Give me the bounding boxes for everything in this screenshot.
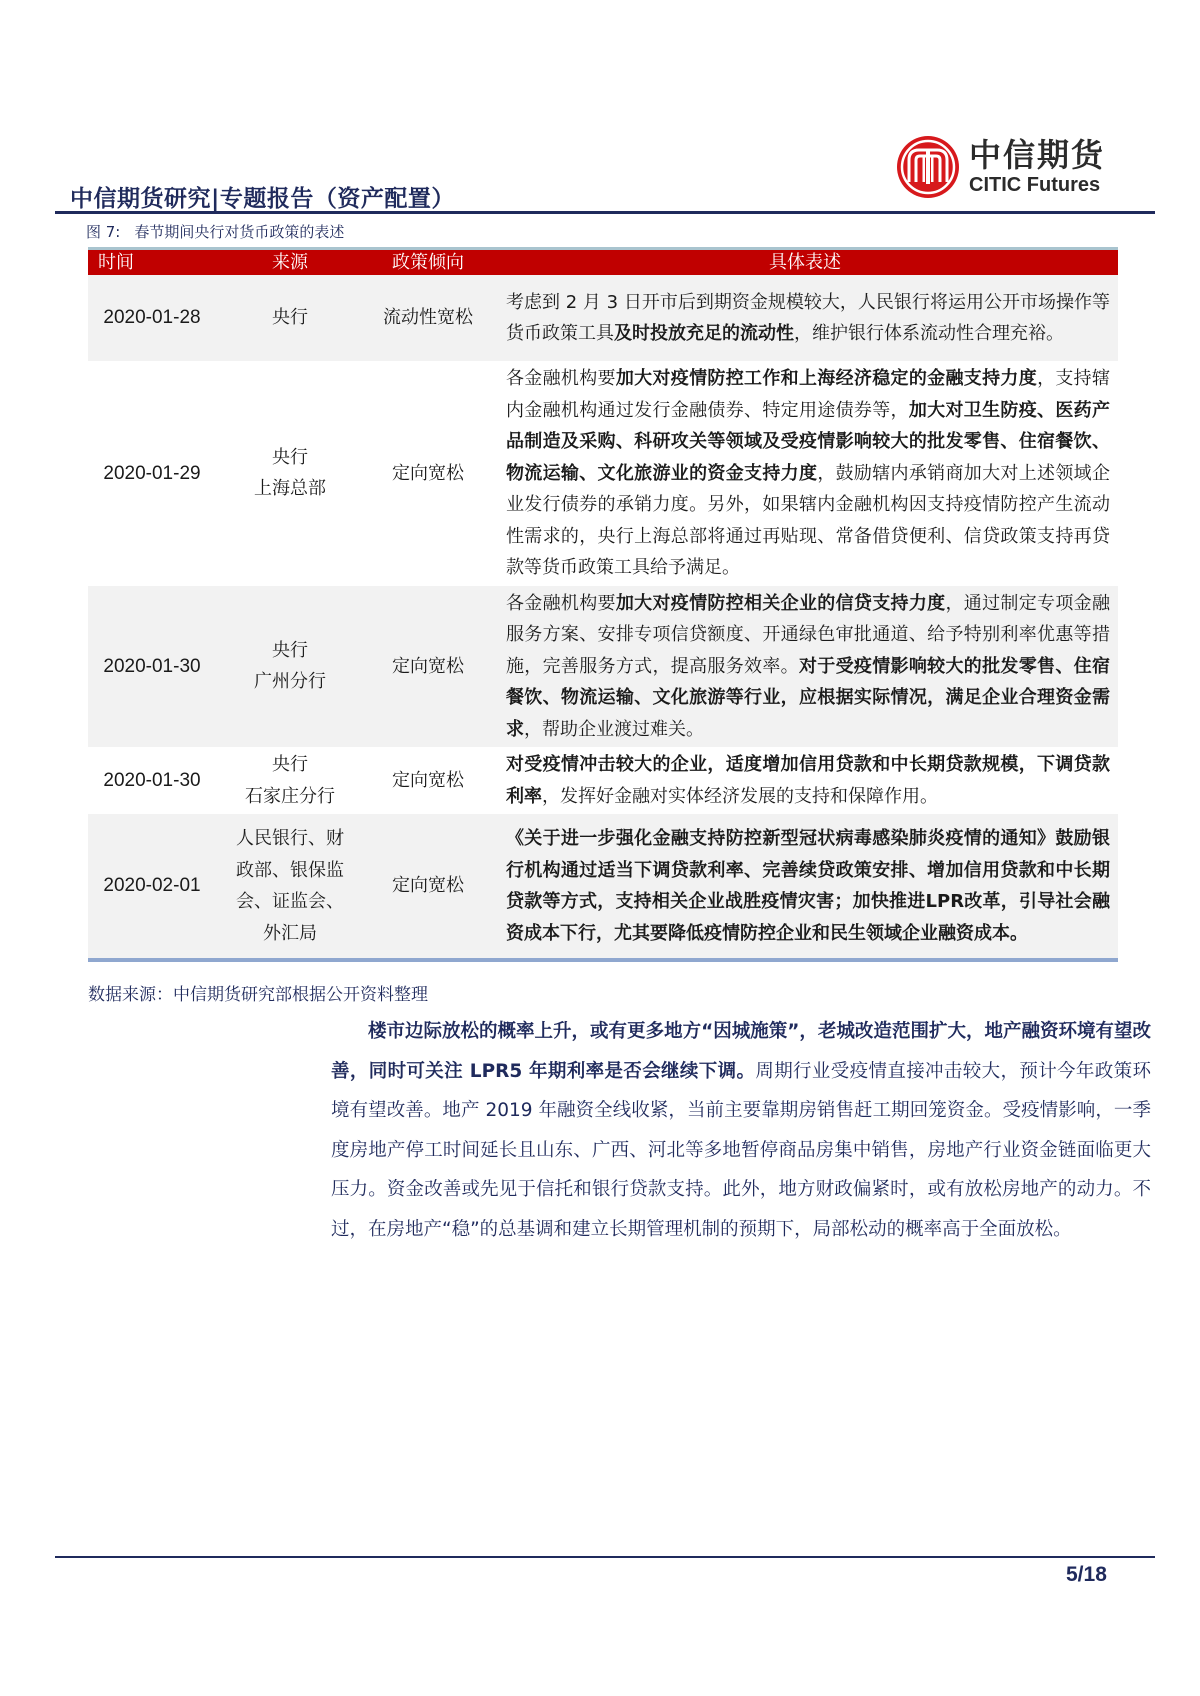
cell-policy: 流动性宽松 — [364, 275, 492, 361]
cell-source: 央行 — [216, 275, 364, 361]
cell-source: 央行上海总部 — [216, 361, 364, 586]
header-divider — [55, 211, 1155, 214]
cell-source: 央行石家庄分行 — [216, 747, 364, 814]
source-line: 石家庄分行 — [216, 781, 364, 813]
description-text: ，发挥好金融对实体经济发展的支持和保障作用。 — [542, 786, 938, 807]
description-text: 各金融机构要 — [506, 368, 616, 389]
report-header-title: 中信期货研究|专题报告（资产配置） — [70, 180, 455, 213]
table-header-row: 时间 来源 政策倾向 具体表述 — [88, 250, 1118, 275]
cell-policy: 定向宽松 — [364, 747, 492, 814]
table-row: 2020-01-30央行石家庄分行定向宽松对受疫情冲击较大的企业，适度增加信用贷… — [88, 747, 1118, 814]
emphasis-text: 加大对疫情防控工作和上海经济稳定的金融支持力度 — [616, 368, 1037, 389]
citic-futures-logo: 中信期货 CITIC Futures — [895, 131, 1125, 203]
policy-table: 时间 来源 政策倾向 具体表述 2020-01-28央行流动性宽松考虑到 2 月… — [88, 247, 1118, 962]
cell-policy: 定向宽松 — [364, 586, 492, 748]
emphasis-text: 《关于进一步强化金融支持防控新型冠状病毒感染肺炎疫情的通知》鼓励银行机构通过适当… — [506, 828, 1110, 944]
description-text: ，帮助企业渡过难关。 — [524, 719, 704, 740]
source-line: 央行 — [216, 635, 364, 667]
logo-english-name: CITIC Futures — [969, 175, 1105, 195]
logo-chinese-name: 中信期货 — [969, 139, 1105, 171]
description-text: 各金融机构要 — [506, 593, 616, 614]
cell-date: 2020-01-30 — [88, 747, 216, 814]
source-line: 广州分行 — [216, 666, 364, 698]
table-row: 2020-01-28央行流动性宽松考虑到 2 月 3 日开市后到期资金规模较大，… — [88, 275, 1118, 361]
cell-date: 2020-01-28 — [88, 275, 216, 361]
figure-number: 图 7: — [86, 223, 120, 241]
column-header-source: 来源 — [216, 250, 364, 275]
source-line: 政部、银保监 — [216, 855, 364, 887]
source-line: 会、证监会、 — [216, 886, 364, 918]
source-line: 央行 — [216, 302, 364, 334]
table-row: 2020-01-29央行上海总部定向宽松各金融机构要加大对疫情防控工作和上海经济… — [88, 361, 1118, 586]
column-header-policy: 政策倾向 — [364, 250, 492, 275]
source-line: 外汇局 — [216, 918, 364, 950]
cell-date: 2020-01-30 — [88, 586, 216, 748]
cell-source: 人民银行、财政部、银保监会、证监会、外汇局 — [216, 814, 364, 958]
footer-divider — [55, 1556, 1155, 1558]
cell-description: 考虑到 2 月 3 日开市后到期资金规模较大，人民银行将运用公开市场操作等货币政… — [492, 275, 1118, 361]
description-text: ，维护银行体系流动性合理充裕。 — [794, 323, 1064, 344]
column-header-description: 具体表述 — [492, 250, 1118, 275]
body-paragraph: 楼市边际放松的概率上升，或有更多地方“因城施策”，老城改造范围扩大，地产融资环境… — [331, 1012, 1151, 1249]
emphasis-text: 及时投放充足的流动性 — [614, 323, 794, 344]
cell-date: 2020-01-29 — [88, 361, 216, 586]
source-line: 人民银行、财 — [216, 823, 364, 855]
data-source-note: 数据来源：中信期货研究部根据公开资料整理 — [88, 980, 428, 1005]
cell-policy: 定向宽松 — [364, 361, 492, 586]
figure-caption: 图 7:春节期间央行对货币政策的表述 — [86, 221, 344, 242]
source-line: 上海总部 — [216, 473, 364, 505]
emphasis-text: 加大对疫情防控相关企业的信贷支持力度 — [616, 593, 946, 614]
table-row: 2020-02-01人民银行、财政部、银保监会、证监会、外汇局定向宽松《关于进一… — [88, 814, 1118, 958]
cell-source: 央行广州分行 — [216, 586, 364, 748]
cell-description: 各金融机构要加大对疫情防控相关企业的信贷支持力度，通过制定专项金融服务方案、安排… — [492, 586, 1118, 748]
cell-date: 2020-02-01 — [88, 814, 216, 958]
column-header-time: 时间 — [88, 250, 216, 275]
table-row: 2020-01-30央行广州分行定向宽松各金融机构要加大对疫情防控相关企业的信贷… — [88, 586, 1118, 748]
source-line: 央行 — [216, 442, 364, 474]
paragraph-text: 周期行业受疫情直接冲击较大，预计今年政策环境有望改善。地产 2019 年融资全线… — [331, 1061, 1151, 1240]
source-line: 央行 — [216, 749, 364, 781]
cell-policy: 定向宽松 — [364, 814, 492, 958]
figure-title: 春节期间央行对货币政策的表述 — [134, 223, 344, 241]
cell-description: 《关于进一步强化金融支持防控新型冠状病毒感染肺炎疫情的通知》鼓励银行机构通过适当… — [492, 814, 1118, 958]
page-number: 5/18 — [1066, 1563, 1107, 1587]
table-bottom-border — [88, 958, 1118, 962]
cell-description: 各金融机构要加大对疫情防控工作和上海经济稳定的金融支持力度，支持辖内金融机构通过… — [492, 361, 1118, 586]
citic-logo-icon — [895, 134, 961, 200]
cell-description: 对受疫情冲击较大的企业，适度增加信用贷款和中长期贷款规模，下调贷款利率，发挥好金… — [492, 747, 1118, 814]
